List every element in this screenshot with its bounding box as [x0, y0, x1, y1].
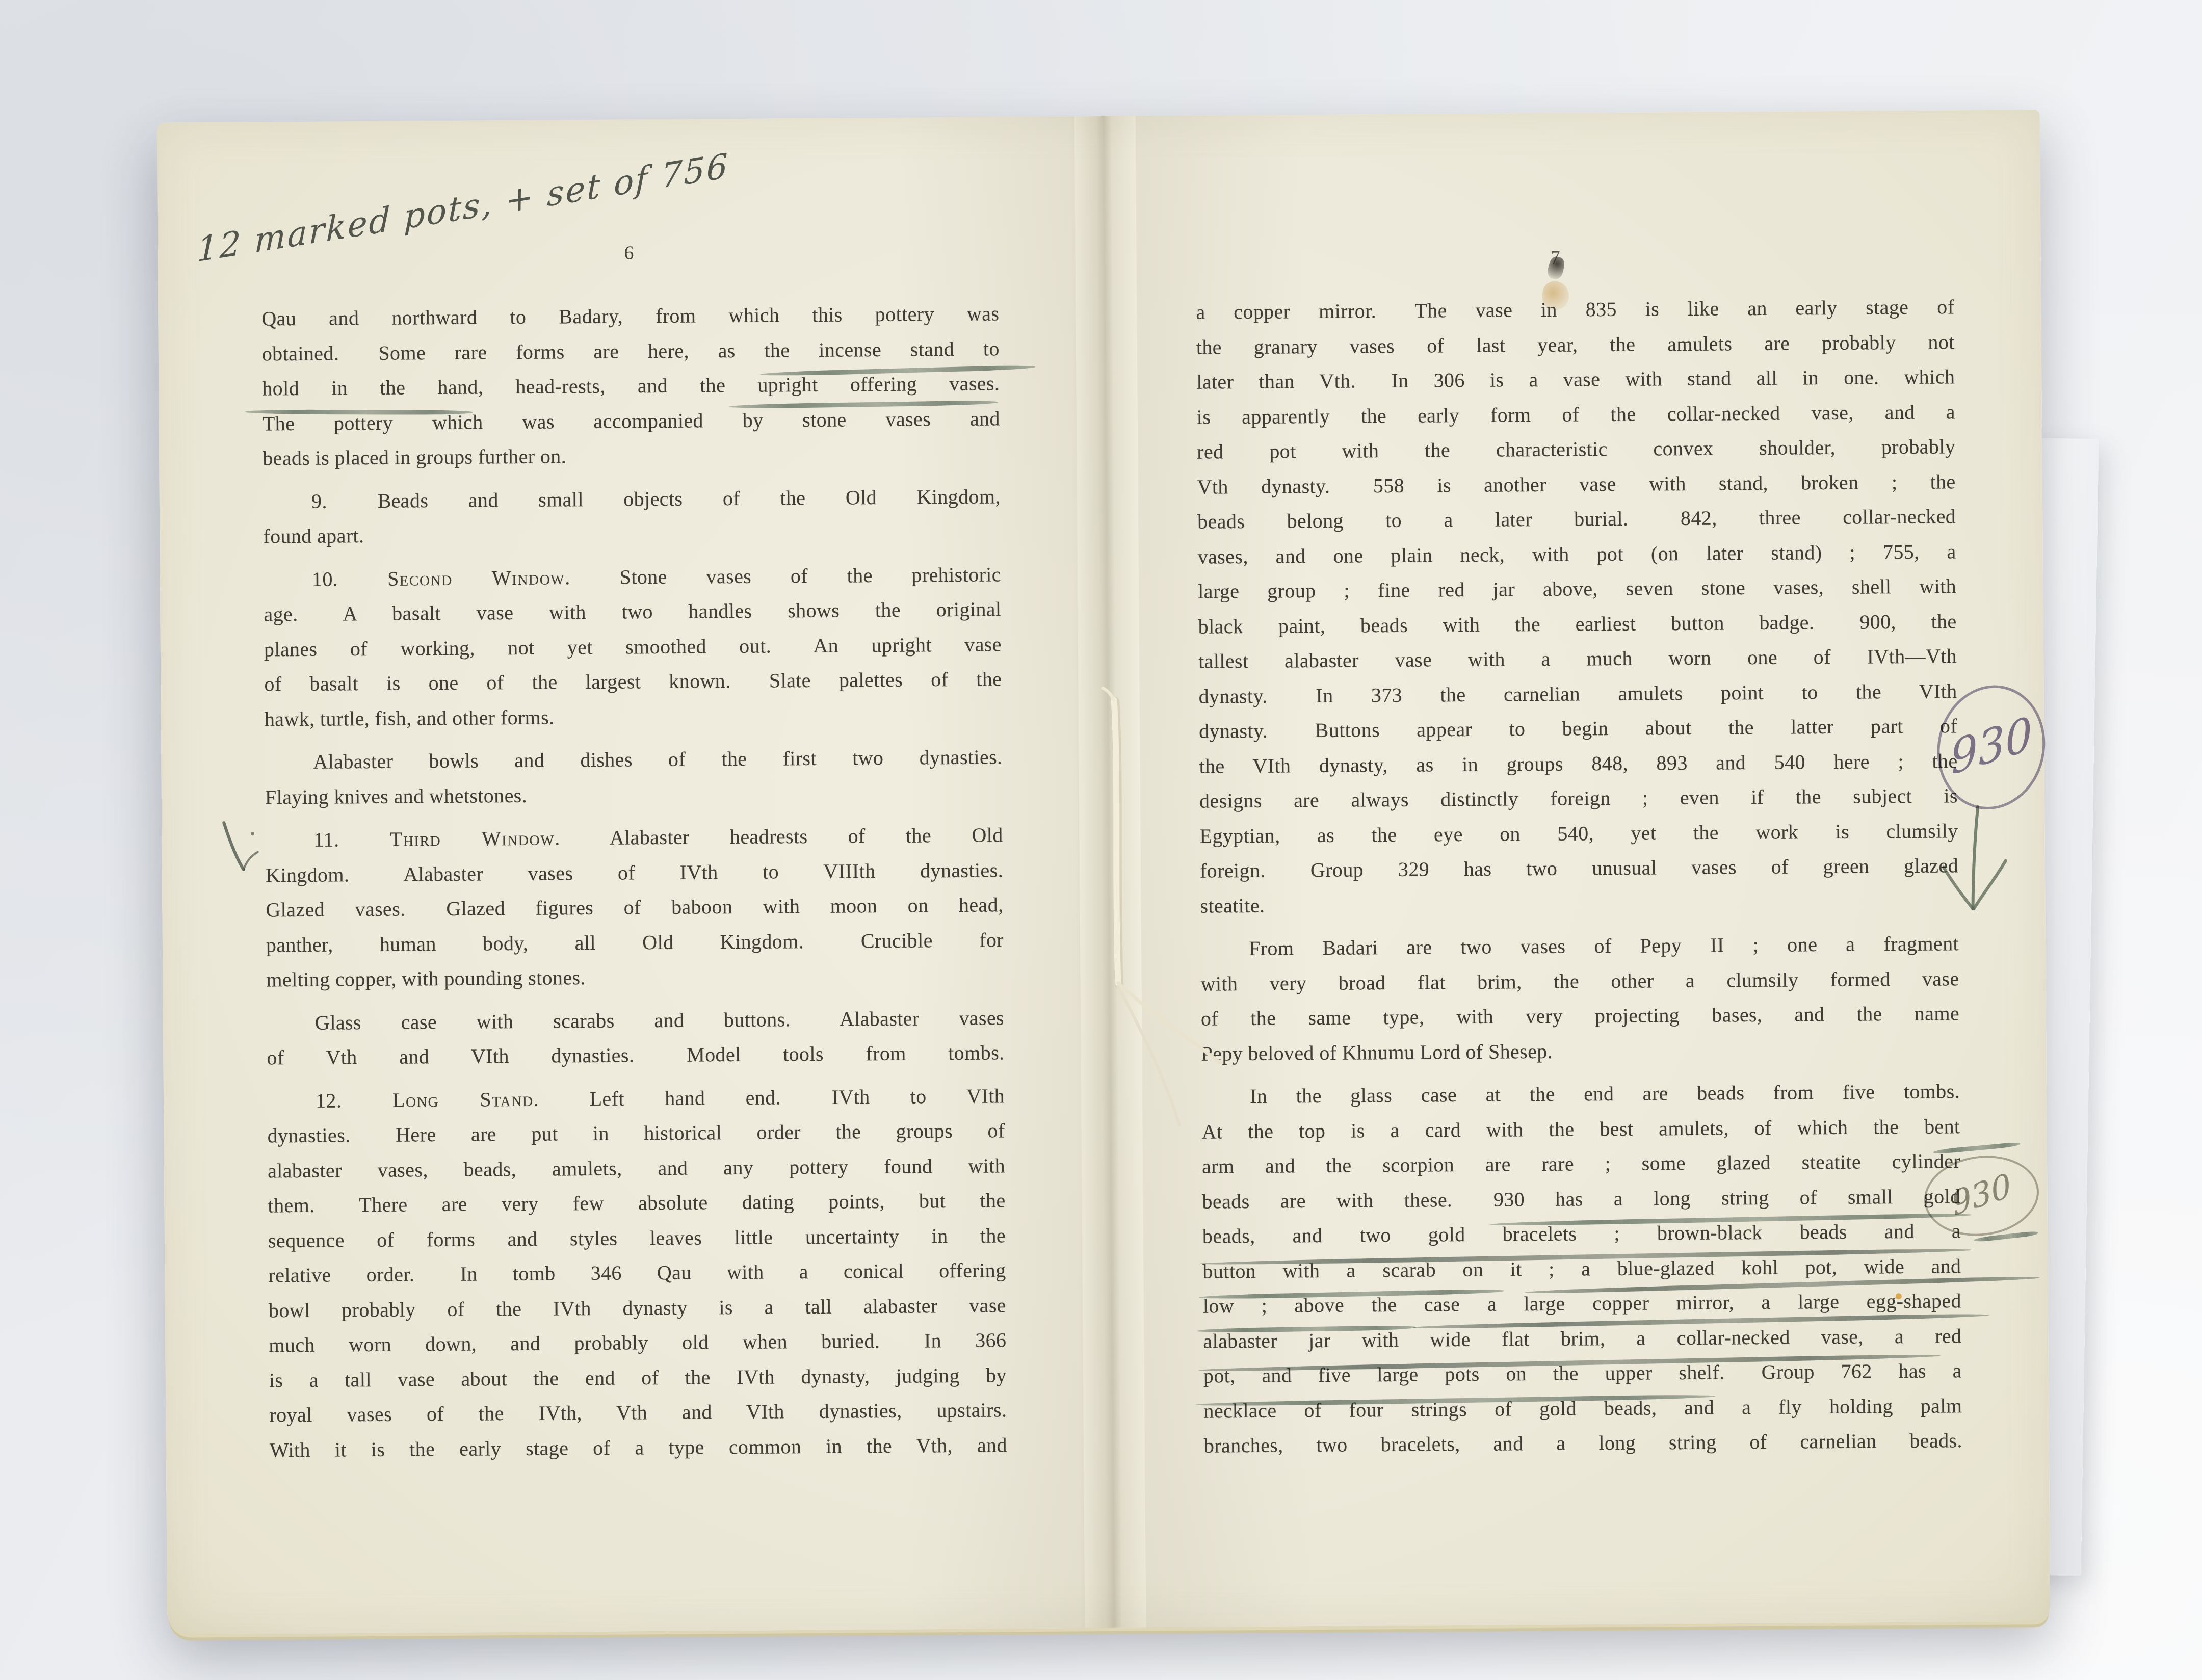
- text-line: steatite.: [1200, 883, 1958, 924]
- text-line: of Vth and VIth dynasties. Model tools f…: [267, 1035, 1004, 1075]
- text-line: melting copper, with pounding stones.: [266, 957, 1004, 997]
- text-line: Egyptian, as the eye on 540, yet the wor…: [1199, 813, 1958, 854]
- text-line: large group ; fine red jar above, seven …: [1198, 569, 1956, 609]
- text-line: of the same type, with very projecting b…: [1201, 996, 1959, 1036]
- text-line: obtained. Some rare forms are here, as t…: [262, 331, 1000, 372]
- text-line: of basalt is one of the largest known. S…: [264, 662, 1002, 702]
- text-line: The pottery which was accompanied by sto…: [263, 401, 1000, 441]
- text-line: relative order. In tomb 346 Qau with a c…: [268, 1253, 1006, 1293]
- text-line: At the top is a card with the best amule…: [1201, 1109, 1960, 1149]
- text-line: dynasty. In 373 the carnelian amulets po…: [1198, 674, 1957, 714]
- text-line: beads belong to a later burial. 842, thr…: [1197, 499, 1956, 539]
- text-line: beads is placed in groups further on.: [263, 436, 1000, 476]
- margin-circle-930-bottom-text: 930: [1949, 1166, 2014, 1223]
- text-line: Glazed vases. Glazed figures of baboon w…: [266, 887, 1003, 928]
- text-line: royal vases of the IVth, Vth and VIth dy…: [269, 1393, 1007, 1433]
- text-line: With it is the early stage of a type com…: [270, 1428, 1007, 1468]
- text-line: beads, and two gold bracelets ; brown-bl…: [1202, 1214, 1961, 1254]
- text-line: dynasty. Buttons appear to begin about t…: [1199, 708, 1957, 749]
- text-line: red pot with the characteristic convex s…: [1197, 429, 1955, 469]
- text-line: Kingdom. Alabaster vases of IVth to VIII…: [266, 853, 1003, 893]
- text-line: 9. Beads and small objects of the Old Ki…: [263, 479, 1001, 519]
- open-booklet: 12 marked pots, + set of 756 6 7 Qau and…: [157, 110, 2051, 1635]
- margin-circle-930-top-text: 930: [1949, 705, 2034, 785]
- pencil-check-mark: [213, 816, 290, 883]
- text-line: 12. Long Stand. Left hand end. IVth to V…: [267, 1079, 1005, 1119]
- text-line: 11. Third Window. Alabaster headrests of…: [265, 818, 1003, 858]
- text-line: Glass case with scarabs and buttons. Ala…: [267, 1001, 1004, 1041]
- text-line: foreign. Group 329 has two unusual vases…: [1200, 848, 1958, 888]
- text-line: panther, human body, all Old Kingdom. Cr…: [266, 923, 1004, 963]
- text-line: beads are with these. 930 has a long str…: [1202, 1179, 1960, 1219]
- text-column-page-6: Qau and northward to Badary, from which …: [261, 296, 1007, 1467]
- text-line: designs are always distinctly foreign ; …: [1199, 778, 1958, 819]
- text-line: bowl probably of the IVth dynasty is a t…: [269, 1288, 1006, 1328]
- text-line: the granary vases of last year, the amul…: [1196, 325, 1955, 365]
- text-line: hawk, turtle, fish, and other forms.: [265, 697, 1002, 737]
- text-line: found apart.: [263, 514, 1001, 554]
- page-number-left: 6: [614, 242, 644, 264]
- text-line: much worn down, and probably old when bu…: [269, 1323, 1006, 1363]
- text-line: Pepy beloved of Khnumu Lord of Shesep.: [1201, 1031, 1959, 1071]
- text-line: the VIth dynasty, as in groups 848, 893 …: [1199, 744, 1957, 784]
- text-line: Vth dynasty. 558 is another vase with st…: [1197, 464, 1955, 505]
- text-line: arm and the scorpion are rare ; some gla…: [1202, 1144, 1960, 1184]
- text-line: tallest alabaster vase with a much worn …: [1198, 639, 1957, 679]
- text-column-page-7: a copper mirror. The vase in 835 is like…: [1196, 290, 1962, 1463]
- text-line: necklace of four strings of gold beads, …: [1203, 1388, 1962, 1429]
- arrow-down-icon: [1928, 800, 2036, 921]
- text-line: planes of working, not yet smoothed out.…: [264, 627, 1002, 667]
- text-line: Flaying knives and whetstones.: [265, 775, 1003, 815]
- text-line: them. There are very few absolute dating…: [268, 1183, 1005, 1223]
- text-line: a copper mirror. The vase in 835 is like…: [1196, 290, 1954, 330]
- text-line: alabaster vases, beads, amulets, and any…: [268, 1148, 1005, 1189]
- binding-thread: [1088, 685, 1265, 1155]
- text-line: branches, two bracelets, and a long stri…: [1204, 1423, 1962, 1463]
- text-line: Qau and northward to Badary, from which …: [261, 296, 999, 336]
- text-line: vases, and one plain neck, with pot (on …: [1197, 534, 1956, 574]
- text-line: In the glass case at the end are beads f…: [1201, 1074, 1960, 1114]
- text-line: sequence of forms and styles leaves litt…: [268, 1218, 1006, 1258]
- text-line: From Badari are two vases of Pepy II ; o…: [1200, 926, 1959, 966]
- text-line: 10. Second Window. Stone vases of the pr…: [264, 557, 1001, 597]
- text-line: age. A basalt vase with two handles show…: [264, 592, 1001, 632]
- text-line: black paint, beads with the earliest but…: [1198, 604, 1956, 644]
- text-line: Alabaster bowls and dishes of the first …: [265, 740, 1002, 780]
- text-line: with very broad flat brim, the other a c…: [1200, 961, 1959, 1002]
- handwritten-note: 12 marked pots, + set of 756: [197, 130, 827, 270]
- text-line: is a tall vase about the end of the IVth…: [269, 1358, 1007, 1398]
- text-line: is apparently the early form of the coll…: [1197, 395, 1955, 435]
- text-line: later than Vth. In 306 is a vase with st…: [1196, 359, 1955, 400]
- text-line: dynasties. Here are put in historical or…: [267, 1113, 1005, 1153]
